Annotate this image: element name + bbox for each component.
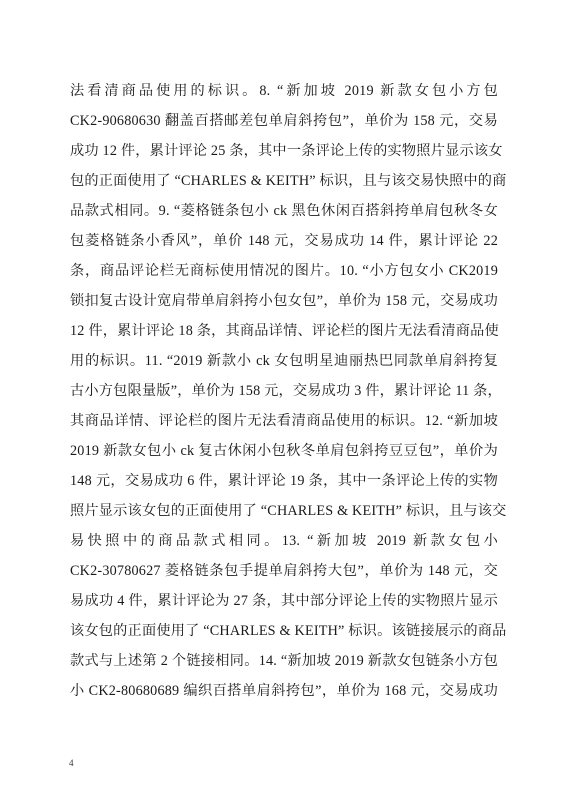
- text-line: 款式与上述第 2 个链接相同。14. “新加坡 2019 新款女包链条小方包: [70, 646, 498, 676]
- text-line: CK2-90680630 翻盖百搭邮差包单肩斜挎包”，单价为 158 元，交易: [70, 106, 498, 136]
- text-line: 148 元，交易成功 6 件，累计评论 19 条，其中一条评论上传的实物: [70, 466, 498, 496]
- document-page: 法看清商品使用的标识。8. “新加坡 2019 新款女包小方包 CK2-9068…: [0, 0, 565, 800]
- text-line: 品款式相同。9. “菱格链条包小 ck 黑色休闲百搭斜挎单肩包秋冬女: [70, 196, 498, 226]
- body-text: 法看清商品使用的标识。8. “新加坡 2019 新款女包小方包 CK2-9068…: [70, 76, 498, 706]
- text-line: 用的标识。11. “2019 新款小 ck 女包明星迪丽热巴同款单肩斜挎复: [70, 346, 498, 376]
- text-line: 锁扣复古设计宽肩带单肩斜挎小包女包”，单价为 158 元，交易成功: [70, 286, 498, 316]
- text-line: 包菱格链条小香风”，单价 148 元，交易成功 14 件，累计评论 22: [70, 226, 498, 256]
- text-line: 2019 新款女包小 ck 复古休闲小包秋冬单肩包斜挎豆豆包”，单价为: [70, 436, 498, 466]
- text-line: 12 件，累计评论 18 条，其商品详情、评论栏的图片无法看清商品使: [70, 316, 498, 346]
- text-line: 其商品详情、评论栏的图片无法看清商品使用的标识。12. “新加坡: [70, 406, 498, 436]
- text-line: 包的正面使用了 “CHARLES & KEITH” 标识，且与该交易快照中的商: [70, 166, 498, 196]
- text-line: 古小方包限量版”，单价为 158 元，交易成功 3 件，累计评论 11 条，: [70, 376, 498, 406]
- text-line: 条，商品评论栏无商标使用情况的图片。10. “小方包女小 CK2019: [70, 256, 498, 286]
- text-line: 法看清商品使用的标识。8. “新加坡 2019 新款女包小方包: [70, 76, 498, 106]
- text-line: 易快照中的商品款式相同。13. “新加坡 2019 新款女包小: [70, 526, 498, 556]
- text-line: 该女包的正面使用了 “CHARLES & KEITH” 标识。该链接展示的商品: [70, 616, 498, 646]
- text-line: 照片显示该女包的正面使用了 “CHARLES & KEITH” 标识，且与该交: [70, 496, 498, 526]
- text-line: 成功 12 件，累计评论 25 条，其中一条评论上传的实物照片显示该女: [70, 136, 498, 166]
- text-line: CK2-30780627 菱格链条包手提单肩斜挎大包”，单价为 148 元，交: [70, 556, 498, 586]
- page-number: 4: [69, 757, 74, 769]
- text-line: 小 CK2-80680689 编织百搭单肩斜挎包”，单价为 168 元，交易成功: [70, 676, 498, 706]
- text-line: 易成功 4 件，累计评论为 27 条，其中部分评论上传的实物照片显示: [70, 586, 498, 616]
